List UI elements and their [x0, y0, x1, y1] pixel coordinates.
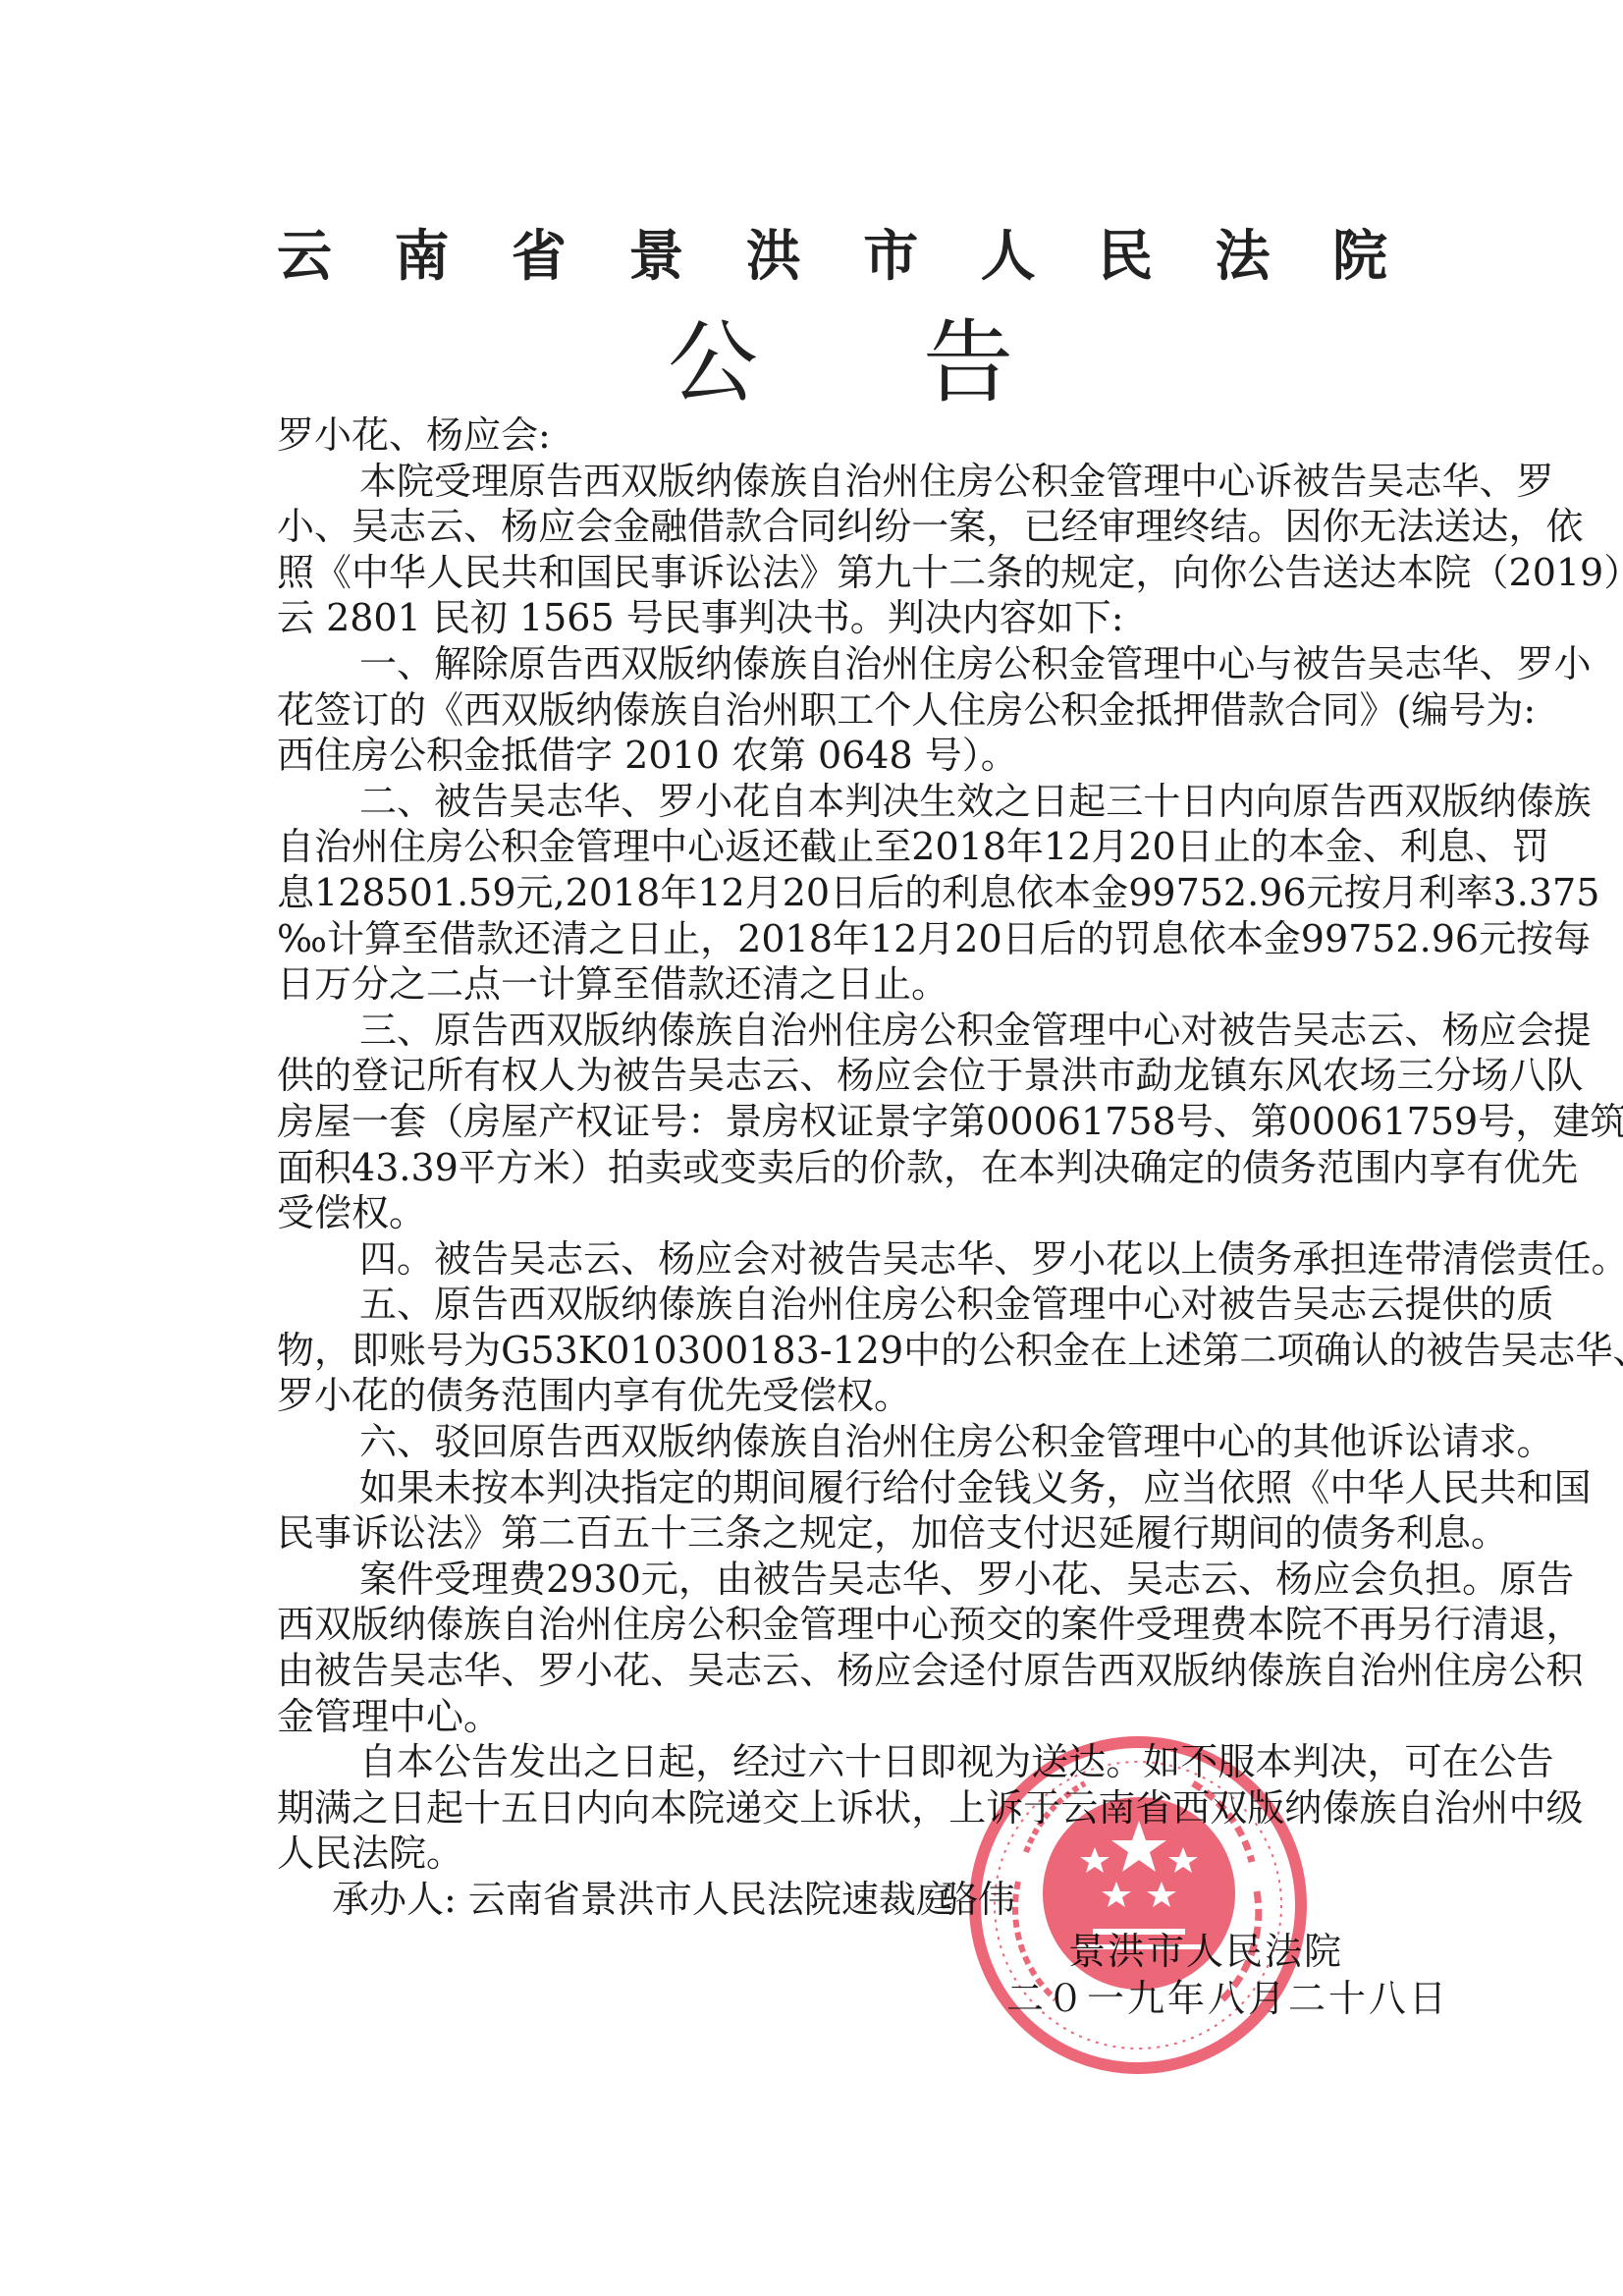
heading-char: 南	[394, 224, 449, 291]
text-line: 金管理中心。	[277, 1694, 1408, 1740]
notice-lines: 本院受理原告西双版纳傣族自治州住房公积金管理中心诉被告吴志华、罗小、吴志云、杨应…	[277, 459, 1408, 1877]
heading-char: 景	[628, 224, 683, 291]
issue-date: 二０一九年八月二十八日	[1006, 1976, 1449, 2021]
heading-char: 院	[1332, 224, 1387, 291]
text-line: 息128501.59元,2018年12月20日后的利息依本金99752.96元按…	[277, 870, 1408, 916]
text-line: 物，即账号为G53K010300183-129中的公积金在上述第二项确认的被告吴…	[277, 1328, 1408, 1374]
text-line: ‰计算至借款还清之日止，2018年12月20日后的罚息依本金99752.96元按…	[277, 916, 1408, 962]
text-line: 案件受理费2930元，由被告吴志华、罗小花、吴志云、杨应会负担。原告	[277, 1557, 1408, 1603]
text-line: 小、吴志云、杨应会金融借款合同纠纷一案，已经审理终结。因你无法送达，依	[277, 504, 1408, 550]
notice-body: 罗小花、杨应会: 本院受理原告西双版纳傣族自治州住房公积金管理中心诉被告吴志华、…	[277, 412, 1408, 1877]
issuing-court: 景洪市人民法院	[1068, 1929, 1343, 1974]
text-line: 面积43.39平方米）拍卖或变卖后的价款，在本判决确定的债务范围内享有优先	[277, 1145, 1408, 1191]
text-line: 三、原告西双版纳傣族自治州住房公积金管理中心对被告吴志云、杨应会提	[277, 1008, 1408, 1054]
text-line: 照《中华人民共和国民事诉讼法》第九十二条的规定，向你公告送达本院（2019）	[277, 550, 1408, 596]
text-line: 花签订的《西双版纳傣族自治州职工个人住房公积金抵押借款合同》(编号为:	[277, 687, 1408, 734]
text-line: 房屋一套（房屋产权证号：景房权证景字第00061758号、第00061759号，…	[277, 1099, 1408, 1145]
heading-char: 人	[981, 224, 1036, 291]
heading-char: 云	[277, 224, 332, 291]
text-line: 西双版纳傣族自治州住房公积金管理中心预交的案件受理费本院不再另行清退，	[277, 1602, 1408, 1648]
text-line: 二、被告吴志华、罗小花自本判决生效之日起三十日内向原告西双版纳傣族	[277, 779, 1408, 825]
addressee: 罗小花、杨应会:	[277, 412, 1408, 459]
text-line: 西住房公积金抵借字 2010 农第 0648 号）。	[277, 733, 1408, 779]
text-line: 云 2801 民初 1565 号民事判决书。判决内容如下:	[277, 595, 1408, 641]
text-line: 五、原告西双版纳傣族自治州住房公积金管理中心对被告吴志云提供的质	[277, 1282, 1408, 1328]
text-line: 自治州住房公积金管理中心返还截止至2018年12月20日止的本金、利息、罚	[277, 824, 1408, 870]
heading-char: 告	[923, 312, 1013, 414]
heading-char: 法	[1216, 224, 1271, 291]
text-line: 期满之日起十五日内向本院递交上诉状，上诉于云南省西双版纳傣族自治州中级	[277, 1785, 1408, 1831]
text-line: 供的登记所有权人为被告吴志云、杨应会位于景洪市勐龙镇东风农场三分场八队	[277, 1053, 1408, 1099]
text-line: 如果未按本判决指定的期间履行给付金钱义务，应当依照《中华人民共和国	[277, 1465, 1408, 1511]
text-line: 民事诉讼法》第二百五十三条之规定，加倍支付迟延履行期间的债务利息。	[277, 1510, 1408, 1557]
court-name-heading: 云 南 省 景 洪 市 人 民 法 院	[277, 224, 1387, 291]
heading-char: 民	[1098, 224, 1153, 291]
handler-name: 骆伟	[941, 1877, 1015, 1922]
text-line: 自本公告发出之日起，经过六十日即视为送达。如不服本判决，可在公告	[277, 1739, 1408, 1785]
case-handler: 承办人: 云南省景洪市人民法院速裁庭	[332, 1877, 953, 1922]
heading-char: 公	[668, 312, 758, 414]
text-line: 六、驳回原告西双版纳傣族自治州住房公积金管理中心的其他诉讼请求。	[277, 1419, 1408, 1465]
document-type-heading: 公 告	[668, 312, 1013, 414]
text-line: 罗小花的债务范围内享有优先受偿权。	[277, 1373, 1408, 1419]
text-line: 本院受理原告西双版纳傣族自治州住房公积金管理中心诉被告吴志华、罗	[277, 459, 1408, 505]
text-line: 一、解除原告西双版纳傣族自治州住房公积金管理中心与被告吴志华、罗小	[277, 641, 1408, 687]
text-line: 受偿权。	[277, 1190, 1408, 1236]
text-line: 由被告吴志华、罗小花、吴志云、杨应会迳付原告西双版纳傣族自治州住房公积	[277, 1648, 1408, 1694]
heading-char: 省	[512, 224, 567, 291]
heading-char: 洪	[746, 224, 801, 291]
text-line: 日万分之二点一计算至借款还清之日止。	[277, 961, 1408, 1008]
text-line: 人民法院。	[277, 1831, 1408, 1877]
text-line: 四。被告吴志云、杨应会对被告吴志华、罗小花以上债务承担连带清偿责任。	[277, 1236, 1408, 1283]
heading-char: 市	[863, 224, 918, 291]
